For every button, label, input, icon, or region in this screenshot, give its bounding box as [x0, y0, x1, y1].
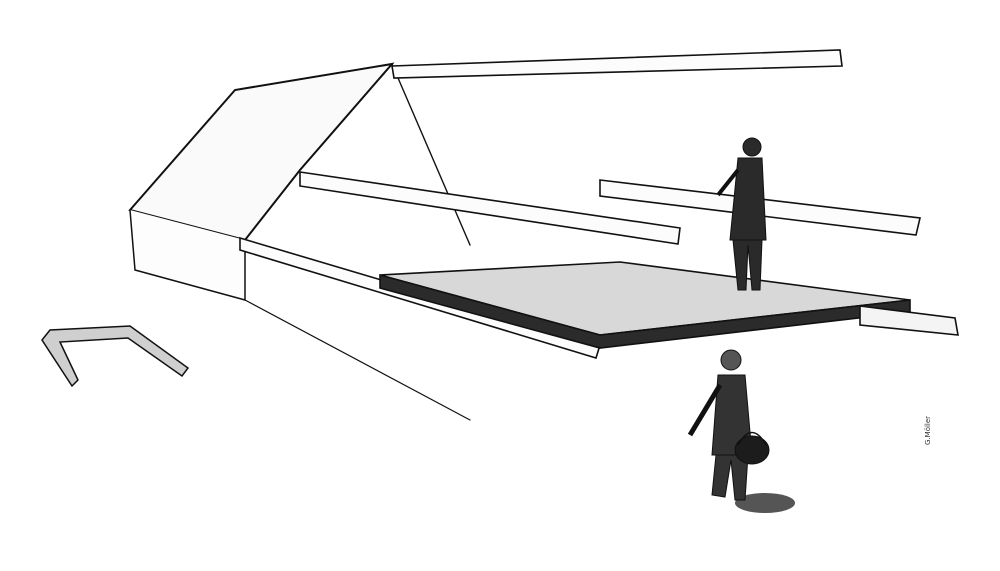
illustration-canvas: G.Möller	[0, 0, 1000, 571]
head	[721, 350, 741, 370]
artist-signature: G.Möller	[924, 416, 932, 445]
head	[743, 138, 761, 156]
